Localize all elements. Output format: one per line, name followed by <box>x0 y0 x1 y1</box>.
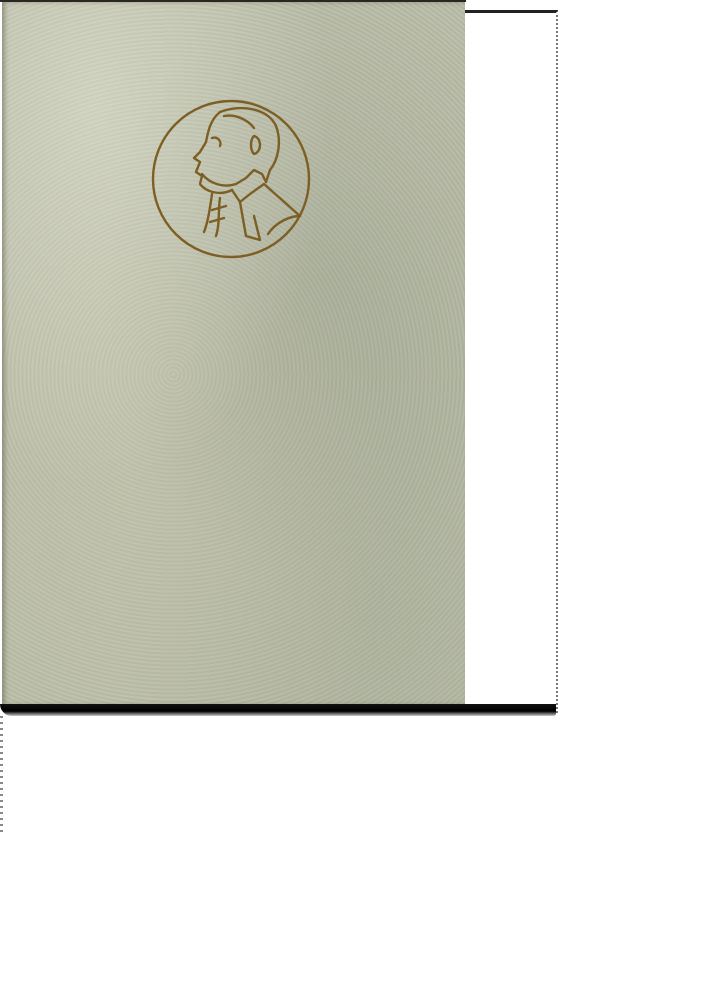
profile-portrait-medallion-icon <box>150 98 312 260</box>
left-scan-edge <box>0 716 3 836</box>
bottom-edge-shadow <box>0 704 556 716</box>
scanned-book <box>0 0 710 1008</box>
back-page <box>462 10 558 713</box>
